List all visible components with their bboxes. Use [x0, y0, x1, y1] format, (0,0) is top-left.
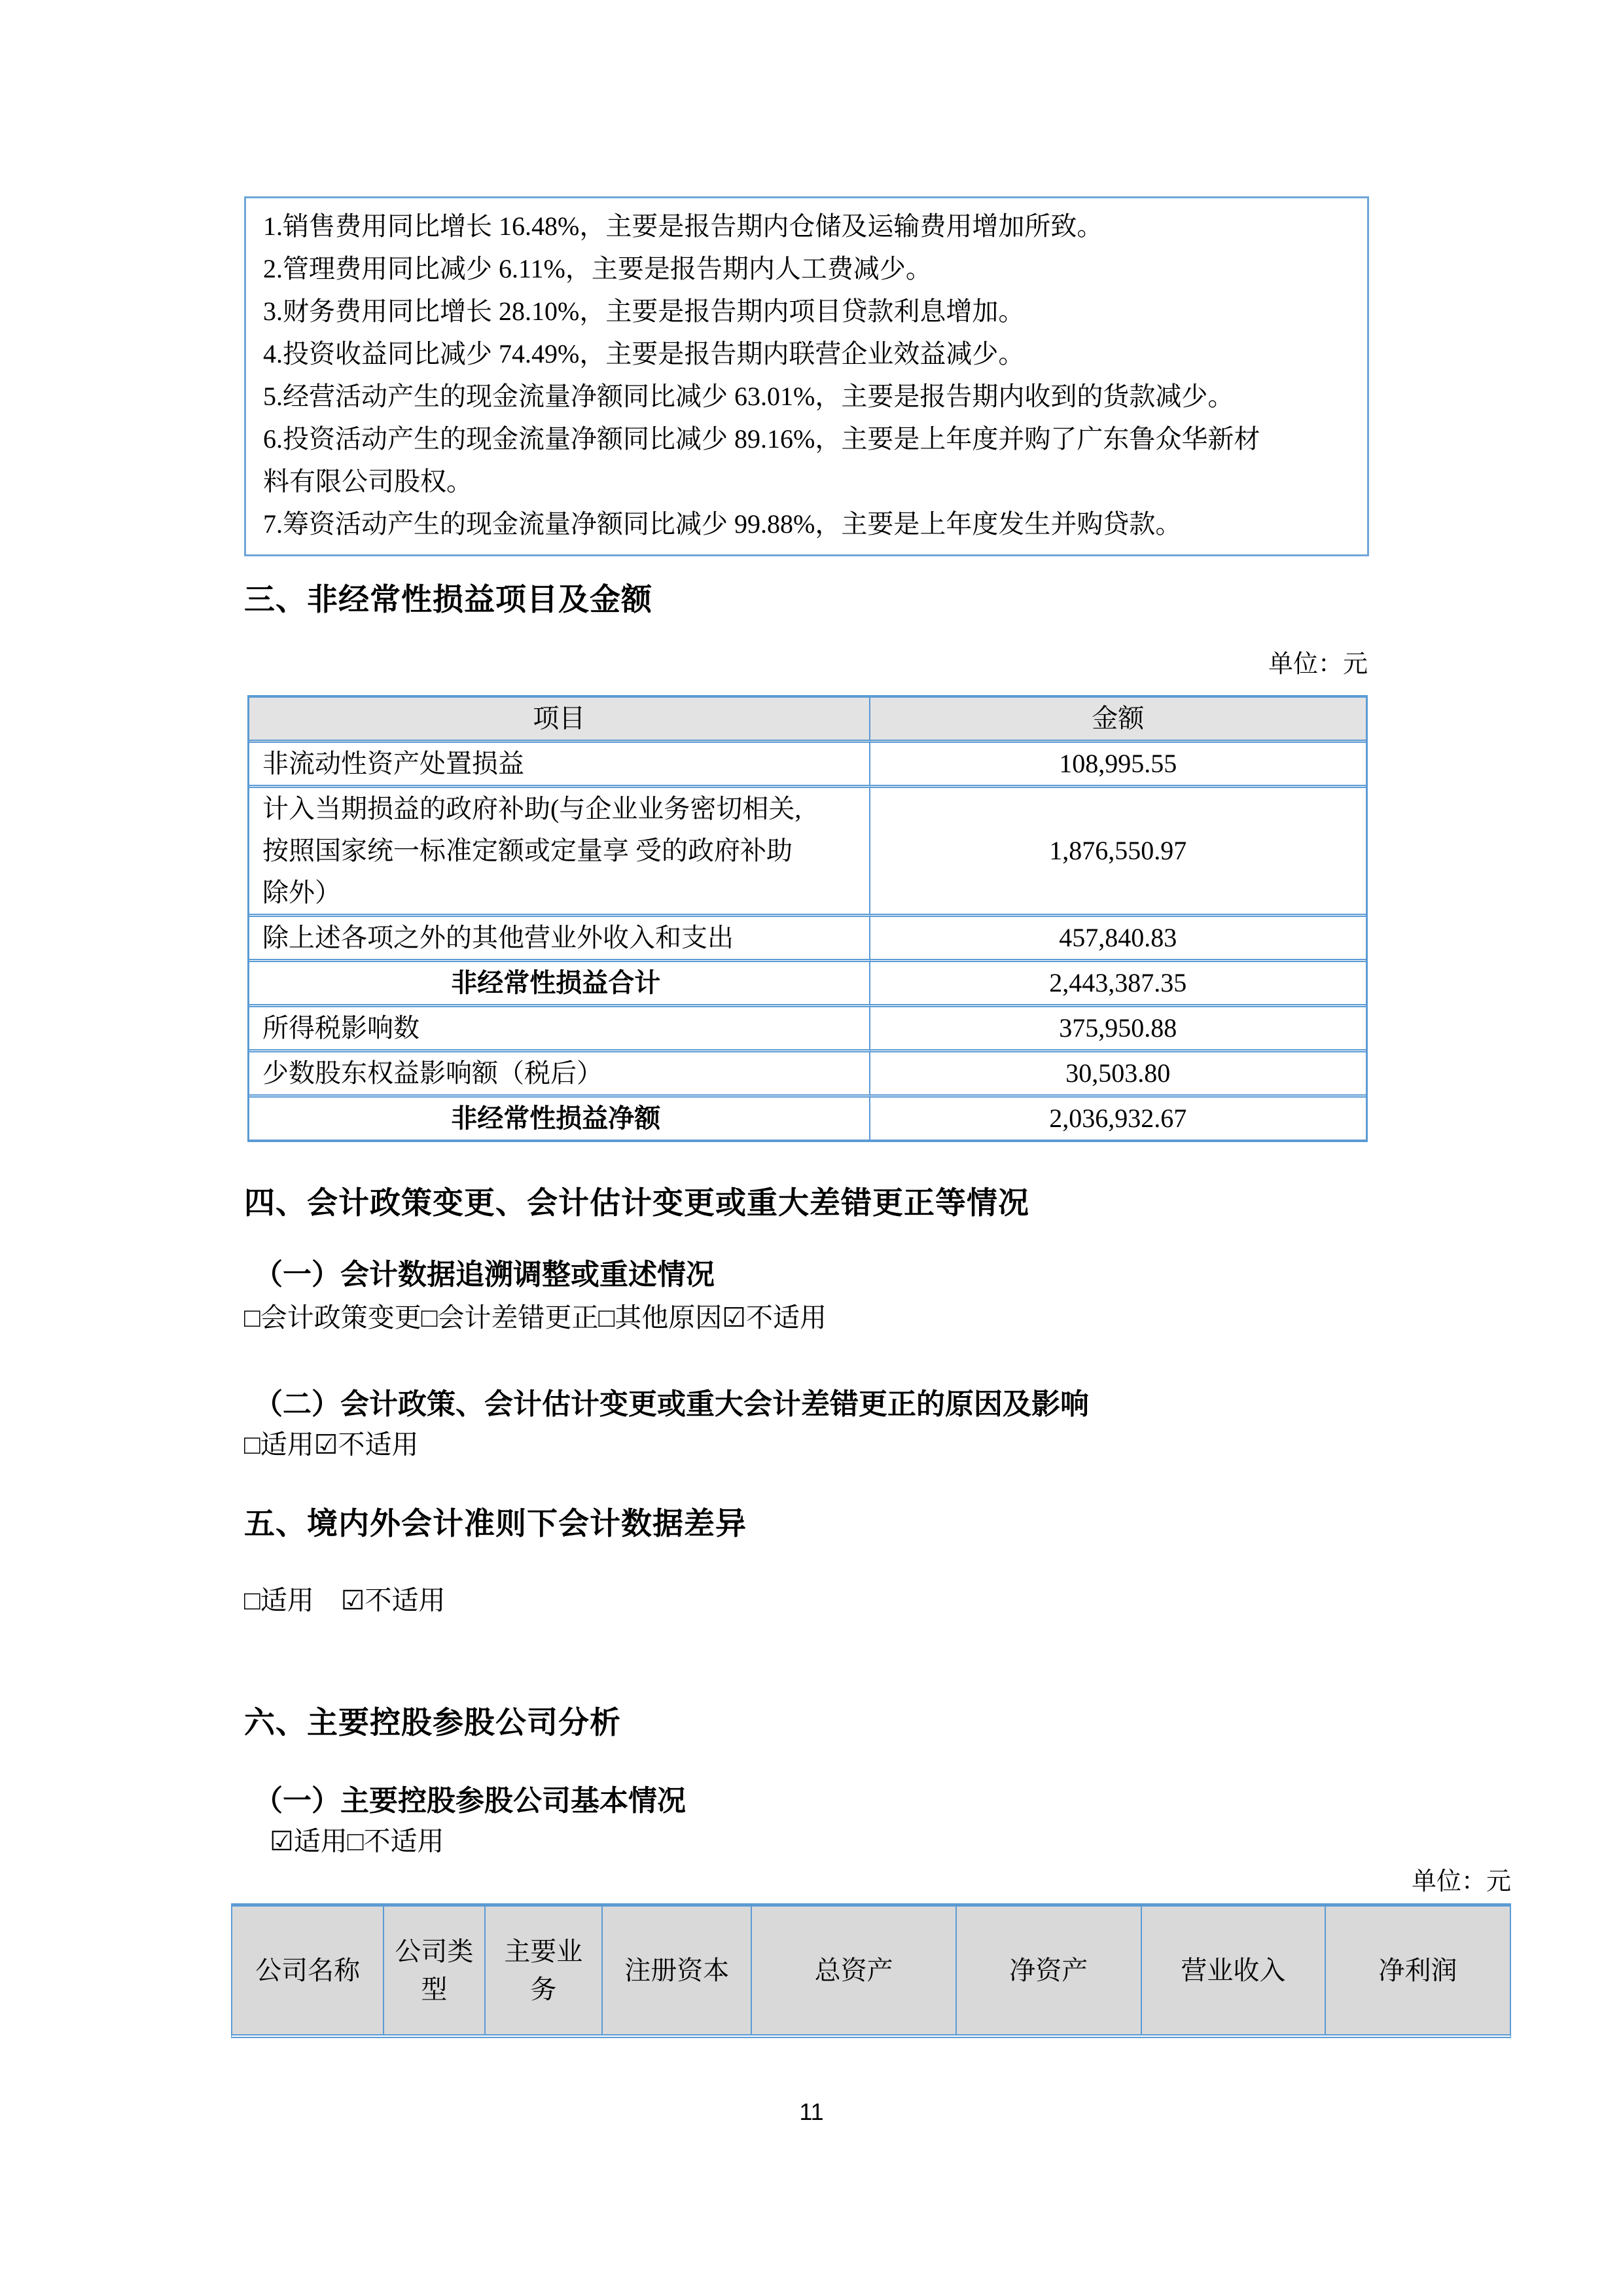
subsection-4-2-options: □适用☑不适用: [244, 1428, 419, 1461]
column-header-net-assets: 净资产: [955, 1907, 1141, 2034]
column-header-company-name: 公司名称: [232, 1907, 383, 2034]
row-item-amount: 457,840.83: [870, 917, 1366, 962]
column-header-net-profit: 净利润: [1325, 1907, 1510, 2034]
row-item-amount: 30,503.80: [870, 1052, 1366, 1098]
row-item-label: 非经常性损益合计: [249, 962, 870, 1007]
table-row: 少数股东权益影响额（税后） 30,503.80: [249, 1052, 1366, 1098]
table-header-row: 项目 金额: [249, 698, 1366, 743]
row-item-label: 非流动性资产处置损益: [249, 743, 870, 788]
row-item-label: 计入当期损益的政府补助(与企业业务密切相关, 按照国家统一标准定额或定量享 受的…: [249, 788, 870, 917]
row-item-label: 非经常性损益净额: [249, 1098, 870, 1139]
table-row: 计入当期损益的政府补助(与企业业务密切相关, 按照国家统一标准定额或定量享 受的…: [249, 788, 1366, 917]
nonrecurring-table: 项目 金额 非流动性资产处置损益 108,995.55 计入当期损益的政府补助(…: [247, 695, 1368, 1142]
note-item: 1.销售费用同比增长 16.48%，主要是报告期内仓储及运输费用增加所致。: [263, 205, 1350, 247]
row-item-amount: 375,950.88: [870, 1007, 1366, 1052]
subsection-6-1-title: （一）主要控股参股公司基本情况: [254, 1784, 686, 1818]
row-item-label: 所得税影响数: [249, 1007, 870, 1052]
note-item: 6.投资活动产生的现金流量净额同比减少 89.16%，主要是上年度并购了广东鲁众…: [263, 418, 1350, 503]
table-row-subtotal: 非经常性损益合计 2,443,387.35: [249, 962, 1366, 1007]
table-row-total: 非经常性损益净额 2,036,932.67: [249, 1098, 1366, 1139]
table-row: 所得税影响数 375,950.88: [249, 1007, 1366, 1052]
row-item-label: 除上述各项之外的其他营业外收入和支出: [249, 917, 870, 962]
subsection-4-1-title: （一）会计数据追溯调整或重述情况: [254, 1258, 715, 1292]
document-page: 1.销售费用同比增长 16.48%，主要是报告期内仓储及运输费用增加所致。 2.…: [0, 0, 1623, 2296]
table-row: 非流动性资产处置损益 108,995.55: [249, 743, 1366, 788]
subsidiary-table: 公司名称 公司类型 主要业务 注册资本 总资产 净资产 营业收入 净利润: [231, 1903, 1511, 2038]
row-item-amount: 2,036,932.67: [870, 1098, 1366, 1139]
row-item-amount: 108,995.55: [870, 743, 1366, 788]
column-header-operating-revenue: 营业收入: [1141, 1907, 1325, 2034]
subsection-4-2-title: （二）会计政策、会计估计变更或重大会计差错更正的原因及影响: [254, 1388, 1089, 1422]
table-row: 除上述各项之外的其他营业外收入和支出 457,840.83: [249, 917, 1366, 962]
column-header-total-assets: 总资产: [751, 1907, 955, 2034]
row-item-amount: 1,876,550.97: [870, 788, 1366, 917]
section-heading-6: 六、主要控股参股公司分析: [244, 1704, 621, 1741]
subsection-6-1-options: ☑适用□不适用: [270, 1825, 444, 1857]
column-header-item: 项目: [249, 698, 870, 743]
subsection-4-1-options: □会计政策变更□会计差错更正□其他原因☑不适用: [244, 1301, 827, 1334]
section-heading-4: 四、会计政策变更、会计估计变更或重大差错更正等情况: [244, 1185, 1029, 1221]
unit-label-nonrecurring: 单位：元: [1268, 649, 1368, 679]
note-item: 7.筹资活动产生的现金流量净额同比减少 99.88%，主要是上年度发生并购贷款。: [263, 503, 1350, 545]
unit-label-subsidiary: 单位：元: [1412, 1867, 1511, 1897]
note-item: 4.投资收益同比减少 74.49%，主要是报告期内联营企业效益减少。: [263, 332, 1350, 375]
section-heading-3: 三、非经常性损益项目及金额: [244, 581, 652, 618]
table-header-row: 公司名称 公司类型 主要业务 注册资本 总资产 净资产 营业收入 净利润: [232, 1907, 1510, 2034]
note-item: 2.管理费用同比减少 6.11%，主要是报告期内人工费减少。: [263, 247, 1350, 290]
column-header-amount: 金额: [870, 698, 1366, 743]
column-header-registered-capital: 注册资本: [601, 1907, 751, 2034]
column-header-company-type: 公司类型: [383, 1907, 484, 2034]
notes-box: 1.销售费用同比增长 16.48%，主要是报告期内仓储及运输费用增加所致。 2.…: [244, 196, 1369, 556]
column-header-main-business: 主要业务: [484, 1907, 602, 2034]
note-item: 3.财务费用同比增长 28.10%，主要是报告期内项目贷款利息增加。: [263, 290, 1350, 332]
section-heading-5: 五、境内外会计准则下会计数据差异: [244, 1505, 747, 1542]
section-5-options: □适用 ☑不适用: [244, 1584, 446, 1617]
note-item: 5.经营活动产生的现金流量净额同比减少 63.01%，主要是报告期内收到的货款减…: [263, 375, 1350, 418]
page-number: 11: [0, 2098, 1623, 2126]
row-item-label: 少数股东权益影响额（税后）: [249, 1052, 870, 1098]
row-item-amount: 2,443,387.35: [870, 962, 1366, 1007]
